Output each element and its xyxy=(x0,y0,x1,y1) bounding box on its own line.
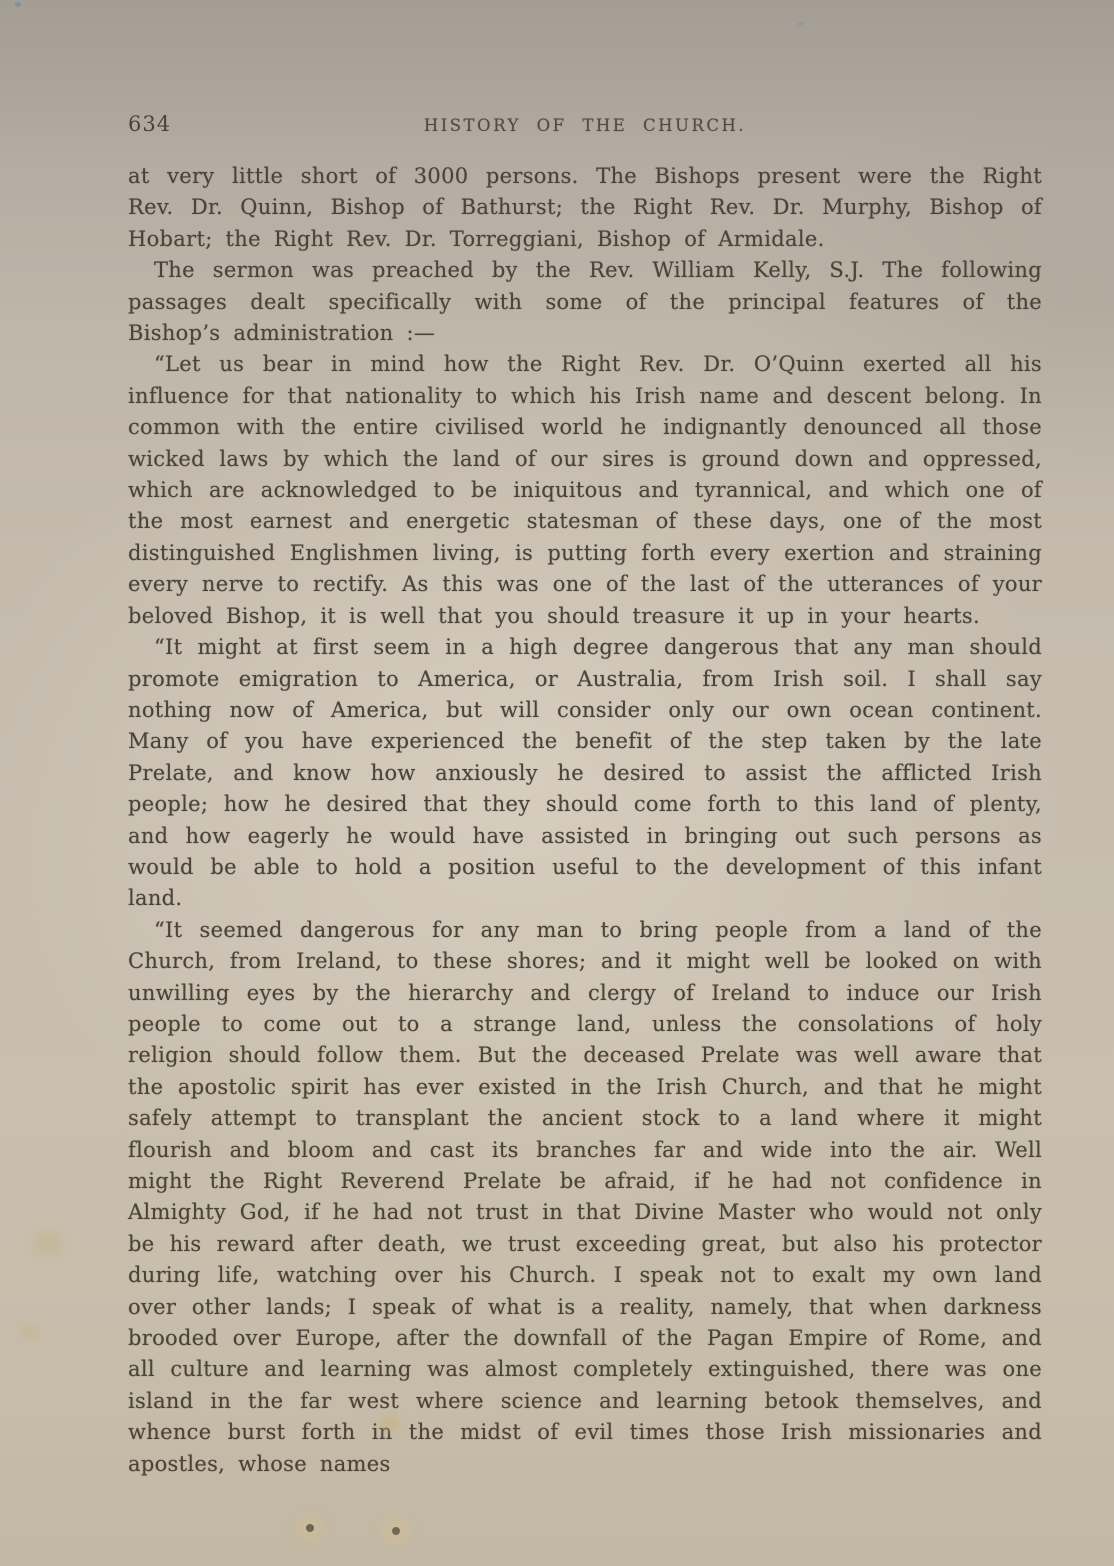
running-title: HISTORY OF THE CHURCH. xyxy=(188,116,982,135)
page-header: 634 HISTORY OF THE CHURCH. xyxy=(128,112,1042,136)
paper-stain xyxy=(34,1232,62,1254)
page-number: 634 xyxy=(128,112,188,136)
text-block: at very little short of 3000 persons. Th… xyxy=(128,161,1042,1480)
ink-speck xyxy=(306,1524,314,1532)
paper-stain xyxy=(20,1324,40,1340)
scanned-book-page: 634 HISTORY OF THE CHURCH. at very littl… xyxy=(0,0,1114,1566)
paragraph: “It seemed dangerous for any man to brin… xyxy=(128,915,1042,1480)
paragraph: “It might at first seem in a high degree… xyxy=(128,632,1042,915)
page-content: 634 HISTORY OF THE CHURCH. at very littl… xyxy=(128,112,1042,1480)
scan-speck xyxy=(798,22,803,26)
paragraph: The sermon was preached by the Rev. Will… xyxy=(128,255,1042,349)
paragraph: at very little short of 3000 persons. Th… xyxy=(128,161,1042,255)
scan-speck xyxy=(15,2,21,7)
paragraph: “Let us bear in mind how the Right Rev. … xyxy=(128,349,1042,632)
ink-speck xyxy=(392,1527,400,1535)
